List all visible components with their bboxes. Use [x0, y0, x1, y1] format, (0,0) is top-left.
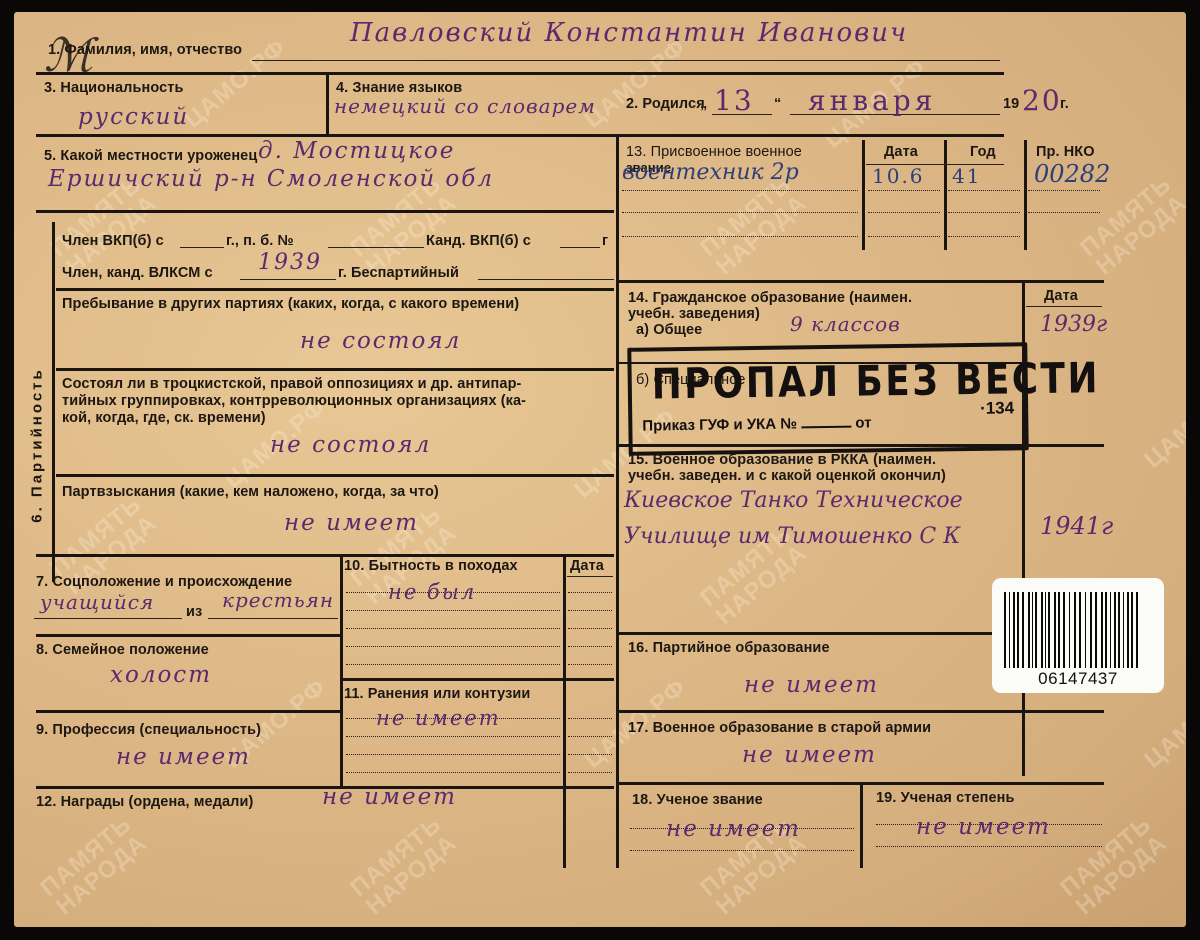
label-full-name: 1. Фамилия, имя, отчество — [48, 42, 242, 58]
underline — [252, 60, 1000, 61]
quote-open: „ — [700, 96, 707, 112]
dotted-line — [568, 736, 612, 737]
dotted-line — [568, 610, 612, 611]
underline — [34, 618, 182, 619]
label-military-education-1: 15. Военное образование в РККА (наимен. — [628, 452, 936, 468]
col-date: Дата — [884, 144, 918, 160]
dotted-line — [868, 236, 940, 237]
label-party-card: г., п. б. № — [226, 233, 294, 249]
divider — [944, 140, 947, 250]
value-military-education-date: 1941г — [1040, 512, 1113, 540]
dotted-line — [948, 190, 1020, 191]
underline — [240, 279, 336, 280]
year-unit: г. — [1060, 96, 1069, 112]
label-military-education-2: учебн. заведен. и с какой оценкой окончи… — [628, 468, 946, 484]
value-party-education: не имеет — [744, 672, 879, 698]
divider — [56, 288, 614, 291]
value-awards: не имеет — [322, 784, 457, 810]
quote-close: “ — [774, 96, 781, 112]
watermark: ПАМЯТЬ НАРОДА — [1053, 809, 1176, 923]
divider — [36, 134, 1004, 137]
underline — [560, 247, 600, 248]
label-civil-education-date: Дата — [1044, 288, 1078, 304]
divider — [56, 474, 614, 477]
label-born: 2. Родился — [626, 96, 705, 112]
value-social-status: учащийся — [40, 590, 154, 614]
divider — [860, 782, 863, 868]
divider — [36, 554, 614, 557]
label-vkpb-candidate: Канд. ВКП(б) с — [426, 233, 531, 249]
value-born-day: 13 — [714, 84, 754, 117]
dotted-line — [1028, 212, 1100, 213]
value-campaigns: не был — [388, 580, 476, 604]
label-general-education: а) Общее — [636, 322, 702, 338]
value-rank: воентехник 2р — [622, 160, 799, 185]
value-rank-date: 10.6 — [872, 164, 925, 188]
value-old-army-education: не имеет — [742, 742, 877, 768]
value-rank-year: 41 — [952, 164, 981, 188]
label-party-education: 16. Партийное образование — [628, 640, 830, 656]
label-awards: 12. Награды (ордена, медали) — [36, 794, 253, 810]
divider — [616, 134, 619, 868]
divider — [326, 72, 329, 134]
dotted-line — [568, 628, 612, 629]
watermark: ЦАМО.РФ — [581, 35, 691, 133]
label-vkpb-member: Член ВКП(б) с — [62, 233, 164, 249]
label-civil-education-1: 14. Гражданское образование (наимен. — [628, 290, 912, 306]
barcode-icon — [1004, 592, 1152, 668]
label-other-parties: Пребывание в других партиях (каких, когд… — [62, 296, 519, 312]
label-vlksm: Член, канд. ВЛКСМ с — [62, 265, 213, 281]
watermark: ЦАМО.РФ — [1141, 375, 1186, 473]
stamp-title: ПРОПАЛ БЕЗ ВЕСТИ — [651, 353, 1100, 408]
label-profession: 9. Профессия (специальность) — [36, 722, 261, 738]
divider — [1024, 140, 1027, 250]
label-campaigns-date: Дата — [570, 558, 604, 574]
value-birthplace-2: Ершичский р-н Смоленской обл — [48, 166, 494, 192]
divider — [862, 140, 865, 250]
dotted-line — [346, 610, 560, 611]
label-rank-1: 13. Присвоенное военное — [626, 144, 802, 160]
divider — [36, 710, 342, 713]
dotted-line — [568, 754, 612, 755]
value-military-education-2: Училище им Тимошенко С К — [624, 524, 960, 549]
label-birthplace: 5. Какой местности уроженец — [44, 148, 257, 164]
underline — [208, 618, 338, 619]
dotted-line — [346, 772, 560, 773]
value-other-parties: не состоял — [300, 328, 461, 354]
underline — [567, 576, 613, 577]
value-civil-education-date: 1939г — [1040, 312, 1107, 337]
label-penalties: Партвзыскания (какие, кем наложено, когд… — [62, 484, 439, 500]
label-nonparty: г. Беспартийный — [338, 265, 459, 281]
label-old-army-education: 17. Военное образование в старой армии — [628, 720, 931, 736]
value-academic-degree: не имеет — [916, 814, 1051, 840]
label-marital-status: 8. Семейное положение — [36, 642, 209, 658]
divider — [36, 72, 1004, 75]
value-penalties: не имеет — [284, 510, 419, 536]
divider — [616, 280, 1104, 283]
underline — [478, 279, 614, 280]
label-campaigns: 10. Бытность в походах — [344, 558, 518, 574]
dotted-line — [346, 628, 560, 629]
value-languages: немецкий со словарем — [334, 94, 596, 118]
value-opposition: не состоял — [270, 432, 431, 458]
divider — [56, 368, 614, 371]
value-academic-title: не имеет — [666, 816, 801, 842]
divider — [616, 632, 1004, 635]
value-full-name: Павловский Константин Иванович — [350, 18, 908, 48]
dotted-line — [622, 190, 858, 191]
divider — [616, 710, 1104, 713]
stamp-order-line: Приказ ГУФ и УКА № от — [642, 414, 871, 434]
dotted-line — [868, 190, 940, 191]
dotted-line — [346, 664, 560, 665]
dotted-line — [346, 646, 560, 647]
label-opposition-1: Состоял ли в троцкистской, правой оппози… — [62, 376, 521, 392]
dotted-line — [568, 592, 612, 593]
value-military-education-1: Киевское Танко Техническое — [624, 488, 963, 513]
value-born-month: января — [808, 84, 936, 117]
dotted-line — [948, 212, 1020, 213]
dotted-line — [568, 718, 612, 719]
divider — [563, 786, 566, 868]
label-academic-degree: 19. Ученая степень — [876, 790, 1015, 806]
barcode-number: 06147437 — [992, 669, 1164, 689]
watermark: ПАМЯТЬ НАРОДА — [693, 169, 816, 283]
dotted-line — [1028, 190, 1100, 191]
value-born-year: 20 — [1022, 84, 1062, 117]
missing-in-action-stamp: ПРОПАЛ БЕЗ ВЕСТИ ·134 Приказ ГУФ и УКА №… — [627, 342, 1028, 456]
col-order: Пр. НКО — [1036, 144, 1095, 160]
label-year-unit: г — [602, 233, 608, 249]
label-opposition-2: тийных группировках, контрреволюционных … — [62, 393, 526, 409]
label-origin-from: из — [186, 604, 202, 620]
watermark: ПАМЯТЬ НАРОДА — [33, 809, 156, 923]
barcode-label: 06147437 — [992, 578, 1164, 693]
underline — [1026, 306, 1102, 307]
label-wounds: 11. Ранения или контузии — [344, 686, 530, 702]
dotted-line — [346, 736, 560, 737]
dotted-line — [346, 754, 560, 755]
underline — [328, 247, 424, 248]
value-profession: не имеет — [116, 744, 251, 770]
value-nationality: русский — [78, 104, 189, 130]
divider — [563, 554, 566, 786]
stamp-number: ·134 — [980, 398, 1014, 418]
divider — [52, 222, 55, 582]
dotted-line — [622, 212, 858, 213]
value-vlksm-year: 1939 — [258, 250, 322, 275]
watermark: ПАМЯТЬ НАРОДА — [343, 809, 466, 923]
value-rank-order: 00282 — [1034, 160, 1110, 188]
label-academic-title: 18. Ученое звание — [632, 792, 763, 808]
value-birthplace-1: д. Мостицкое — [258, 138, 455, 164]
divider — [340, 554, 343, 786]
value-marital-status: холост — [110, 662, 212, 688]
divider — [36, 210, 614, 213]
dotted-line — [568, 772, 612, 773]
label-opposition-3: кой, когда, где, ск. времени) — [62, 410, 266, 426]
dotted-line — [876, 846, 1102, 847]
label-nationality: 3. Национальность — [44, 80, 184, 96]
year-prefix: 19 — [1003, 96, 1019, 112]
side-label-party: 6. Партийность — [22, 300, 52, 590]
dotted-line — [622, 236, 858, 237]
divider — [36, 634, 342, 637]
value-general-education: 9 классов — [790, 312, 901, 336]
dotted-line — [568, 664, 612, 665]
col-year: Год — [970, 144, 996, 160]
dotted-line — [948, 236, 1020, 237]
divider — [340, 678, 614, 681]
dotted-line — [630, 850, 854, 851]
value-wounds: не имеет — [376, 706, 501, 730]
divider — [616, 444, 1104, 447]
underline — [180, 247, 224, 248]
value-origin: крестьян — [222, 588, 334, 612]
label-civil-education-2: учебн. заведения) — [628, 306, 760, 322]
dotted-line — [568, 646, 612, 647]
dotted-line — [868, 212, 940, 213]
